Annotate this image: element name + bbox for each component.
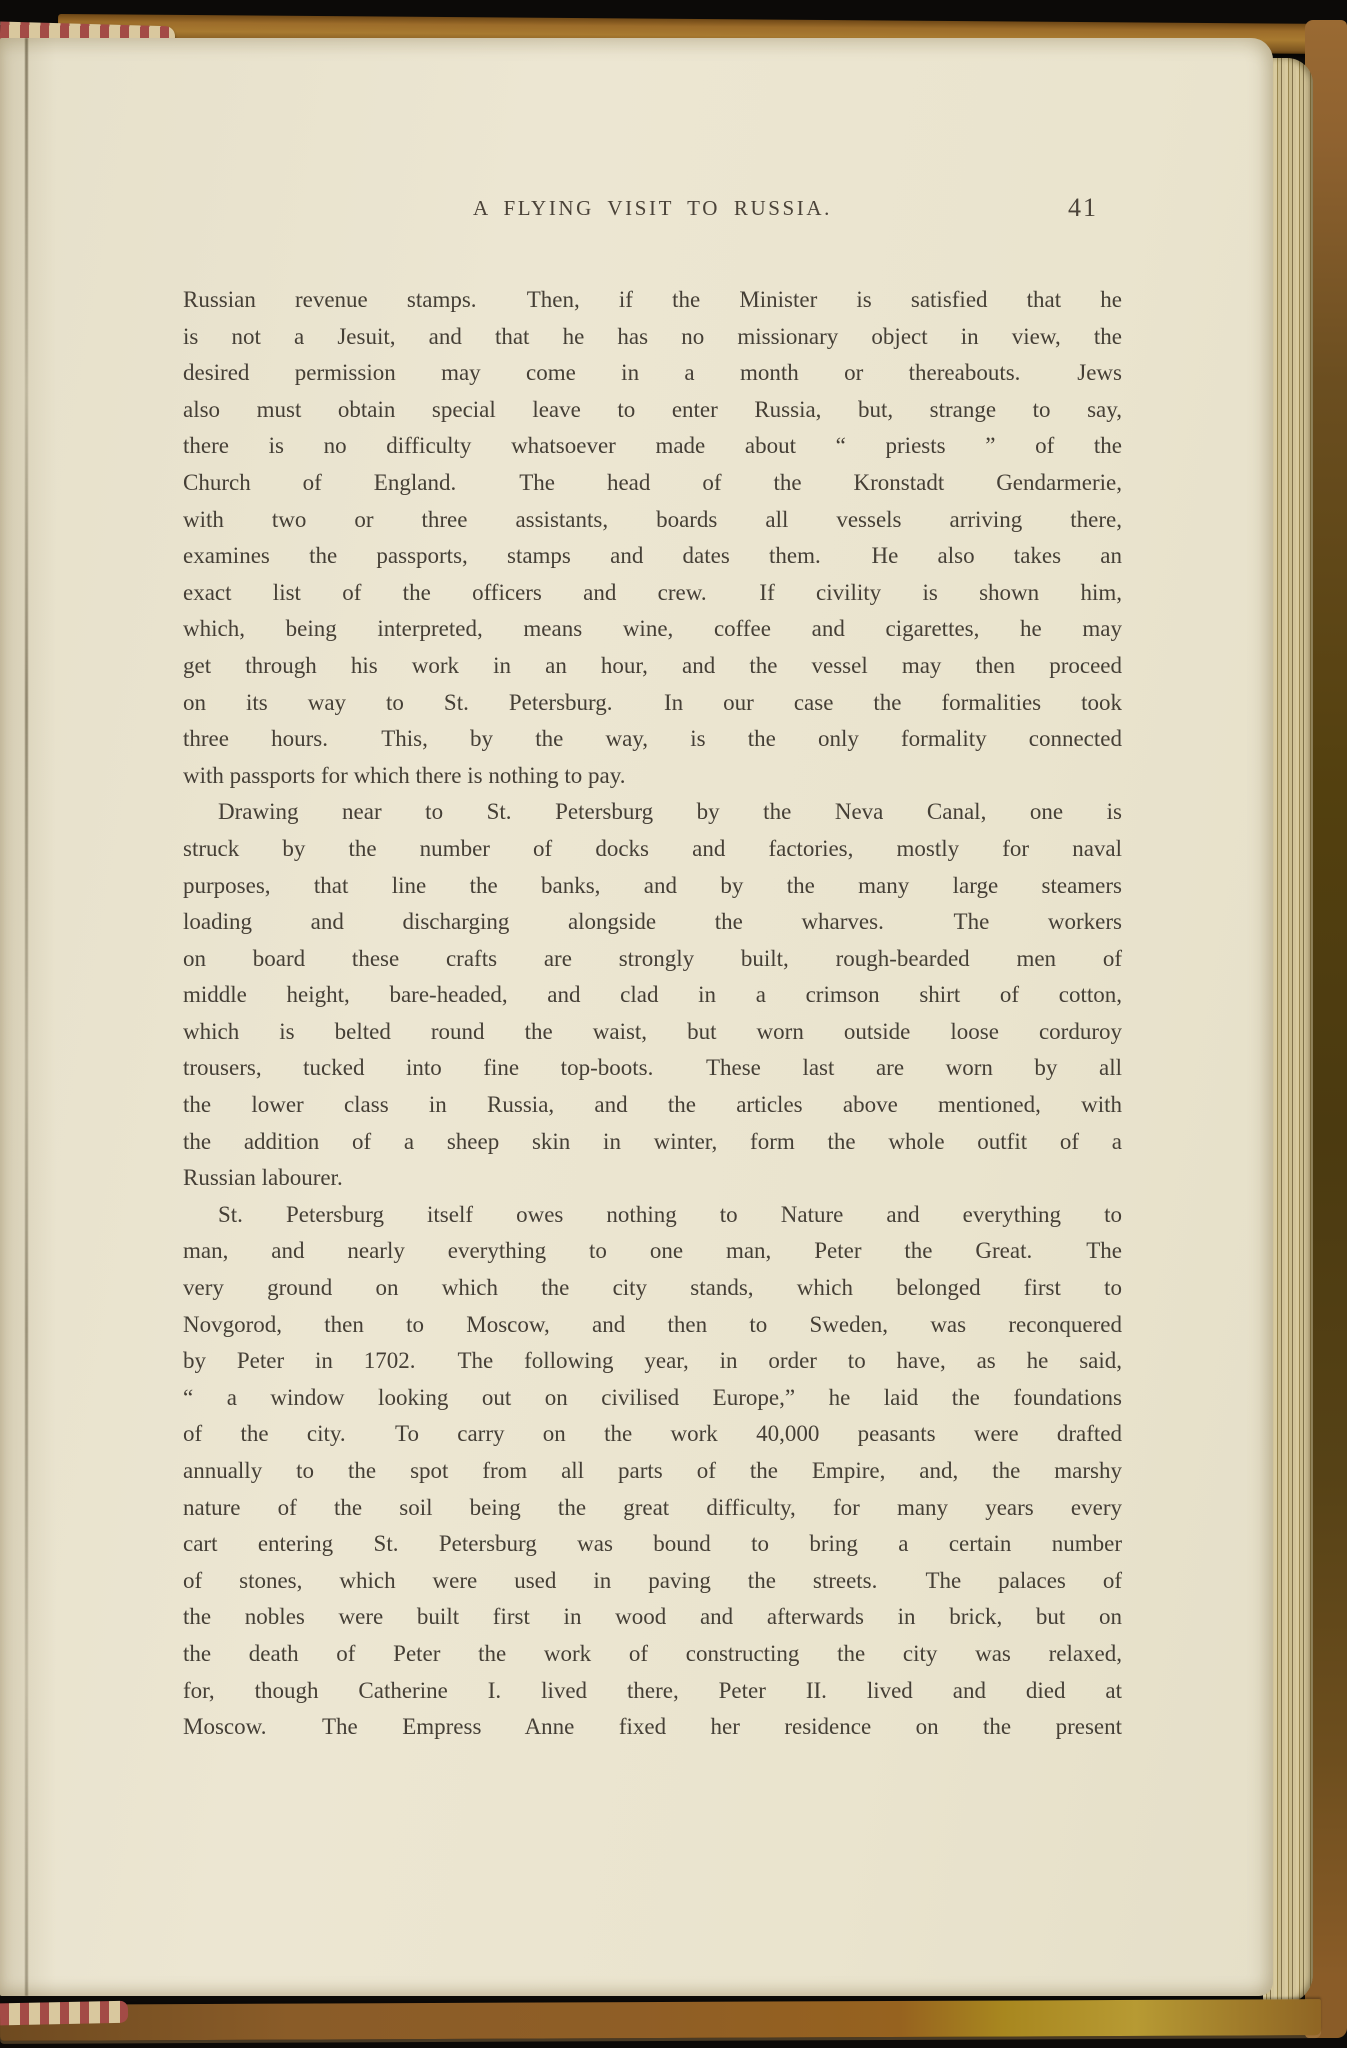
book-cover-bottom-edge [0,1999,1321,2041]
text-line: desired permission may come in a month o… [183,355,1122,392]
text-line: struck by the number of docks and factor… [183,831,1122,868]
text-line: also must obtain special leave to enter … [183,392,1122,429]
text-line: which, being interpreted, means wine, co… [183,611,1122,648]
text-line: cart entering St. Petersburg was bound t… [183,1526,1122,1563]
text-line: loading and discharging alongside the wh… [183,904,1122,941]
text-line: nature of the soil being the great diffi… [183,1490,1122,1527]
text-line: of the city. To carry on the work 40,000… [183,1416,1122,1453]
text-line: exact list of the officers and crew. If … [183,575,1122,612]
text-line: Russian labourer. [183,1160,1122,1197]
text-line: annually to the spot from all parts of t… [183,1453,1122,1490]
body-text: Russian revenue stamps. Then, if the Min… [183,282,1122,1746]
header-rule [181,255,1122,257]
text-line: get through his work in an hour, and the… [183,648,1122,685]
text-line: Church of England. The head of the Krons… [183,465,1122,502]
headband-bottom [0,2001,128,2026]
text-line: by Peter in 1702. The following year, in… [183,1343,1122,1380]
text-line: of stones, which were used in paving the… [183,1563,1122,1600]
text-line: there is no difficulty whatsoever made a… [183,428,1122,465]
text-line: “ a window looking out on civilised Euro… [183,1380,1122,1417]
text-line: for, though Catherine I. lived there, Pe… [183,1673,1122,1710]
text-line: trousers, tucked into fine top-boots. Th… [183,1050,1122,1087]
text-line: three hours. This, by the way, is the on… [183,721,1122,758]
book-photo-scene: A FLYING VISIT TO RUSSIA. 41 Russian rev… [0,0,1347,2048]
text-line: on its way to St. Petersburg. In our cas… [183,685,1122,722]
text-line: with passports for which there is nothin… [183,758,1122,795]
text-line: very ground on which the city stands, wh… [183,1270,1122,1307]
gutter-shadow [0,38,56,1996]
text-line: St. Petersburg itself owes nothing to Na… [183,1197,1122,1234]
text-line: the death of Peter the work of construct… [183,1636,1122,1673]
text-line: purposes, that line the banks, and by th… [183,868,1122,905]
text-line: on board these crafts are strongly built… [183,941,1122,978]
text-line: the nobles were built first in wood and … [183,1599,1122,1636]
text-line: Novgorod, then to Moscow, and then to Sw… [183,1307,1122,1344]
text-line: man, and nearly everything to one man, P… [183,1233,1122,1270]
book-page: A FLYING VISIT TO RUSSIA. 41 Russian rev… [0,38,1273,1996]
text-line: is not a Jesuit, and that he has no miss… [183,319,1122,356]
text-line: which is belted round the waist, but wor… [183,1014,1122,1051]
gutter-crease [25,38,28,1996]
text-line: Russian revenue stamps. Then, if the Min… [183,282,1122,319]
text-line: the lower class in Russia, and the artic… [183,1087,1122,1124]
text-line: Drawing near to St. Petersburg by the Ne… [183,794,1122,831]
text-line: examines the passports, stamps and dates… [183,538,1122,575]
page-title: A FLYING VISIT TO RUSSIA. [183,196,1122,221]
text-line: middle height, bare-headed, and clad in … [183,977,1122,1014]
text-line: Moscow. The Empress Anne fixed her resid… [183,1709,1122,1746]
text-line: with two or three assistants, boards all… [183,502,1122,539]
text-line: the addition of a sheep skin in winter, … [183,1124,1122,1161]
page-number: 41 [1068,193,1098,223]
running-head: A FLYING VISIT TO RUSSIA. 41 [183,196,1122,230]
